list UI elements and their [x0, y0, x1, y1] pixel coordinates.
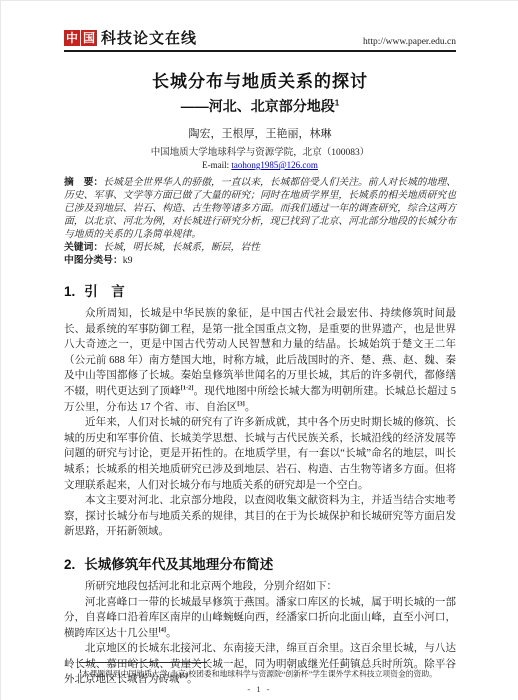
paper-title: 长城分布与地质关系的探讨 [64, 67, 456, 92]
clc-line: 中图分类号：k9 [64, 254, 456, 267]
page-number: - 1 - [1, 684, 518, 694]
paper-subtitle: ——河北、北京部分地段1 [64, 96, 456, 116]
paragraph: 本文主要对河北、北京部分地段，以查阅收集文献资料为主，并适当结合实地考察，探讨长… [64, 493, 456, 540]
paragraph: 众所周知，长城是中华民族的象征，是中国古代社会最宏伟、持续修筑时间最长、最系统的… [64, 306, 456, 415]
section-2-title: 长城修筑年代及其地理分布简述 [84, 557, 273, 572]
abstract-label: 摘 要： [64, 177, 103, 188]
subtitle-footnote-marker: 1 [335, 98, 339, 107]
page-header: 中 国 科技论文在线 http://www.paper.edu.cn [64, 27, 456, 52]
keywords-line: 关键词：长城，明长城，长城系，断层，岩性 [64, 241, 456, 254]
email-line: E-mail: taohong1985@126.com [64, 160, 456, 170]
paper-page: 中 国 科技论文在线 http://www.paper.edu.cn 长城分布与… [0, 0, 518, 700]
section-2-number: 2. [64, 557, 75, 572]
clc-value: k9 [123, 255, 133, 266]
site-logo: 中 国 科技论文在线 [64, 27, 197, 48]
keywords-label: 关键词： [64, 242, 103, 253]
logo-text: 科技论文在线 [101, 27, 197, 48]
section-1-heading: 1.引 言 [64, 280, 456, 300]
footnote-body: 本课题得到中国地质大学(北京)校团委和地球科学与资源院“创新杯”学生课外学术科技… [82, 670, 437, 679]
email-label: E-mail: [202, 160, 229, 170]
section-2-heading: 2.长城修筑年代及其地理分布简述 [64, 553, 456, 573]
logo-box-char: 中 [64, 30, 80, 46]
paragraph: 河北喜峰口一带的长城最早修筑于燕国。潘家口库区的长城，属于明长城的一部分，自喜峰… [64, 595, 456, 642]
paper-subtitle-text: ——河北、北京部分地段 [181, 98, 335, 114]
footnote-separator [79, 662, 207, 663]
footnote-text: 1本课题得到中国地质大学(北京)校团委和地球科学与资源院“创新杯”学生课外学术科… [79, 667, 461, 680]
email-link[interactable]: taohong1985@126.com [231, 160, 318, 170]
section-1-number: 1. [64, 284, 75, 299]
authors-line: 陶宏，王根厚，王艳丽，林琳 [64, 125, 456, 141]
abstract-block: 摘 要：长城是全世界华人的骄傲，一直以来，长城都倍受人们关注。前人对长城的地理、… [64, 176, 456, 241]
footnote-block: 1本课题得到中国地质大学(北京)校团委和地球科学与资源院“创新杯”学生课外学术科… [79, 662, 461, 680]
section-1-title: 引 言 [84, 284, 125, 299]
paragraph: 所研究地段包括河北和北京两个地段，分别介绍如下： [64, 579, 456, 595]
clc-label: 中图分类号： [64, 255, 123, 266]
paragraph: 近年来，人们对长城的研究有了许多新成就，其中各个历史时期长城的修筑、长城的历史和… [64, 415, 456, 493]
affiliation-line: 中国地质大学地球科学与资源学院，北京（100083） [64, 144, 456, 158]
keywords-text: 长城，明长城，长城系，断层，岩性 [103, 242, 260, 253]
site-url: http://www.paper.edu.cn [363, 37, 456, 48]
abstract-text: 长城是全世界华人的骄傲，一直以来，长城都倍受人们关注。前人对长城的地理、历史、军… [64, 177, 456, 240]
logo-box-char: 国 [81, 30, 97, 46]
